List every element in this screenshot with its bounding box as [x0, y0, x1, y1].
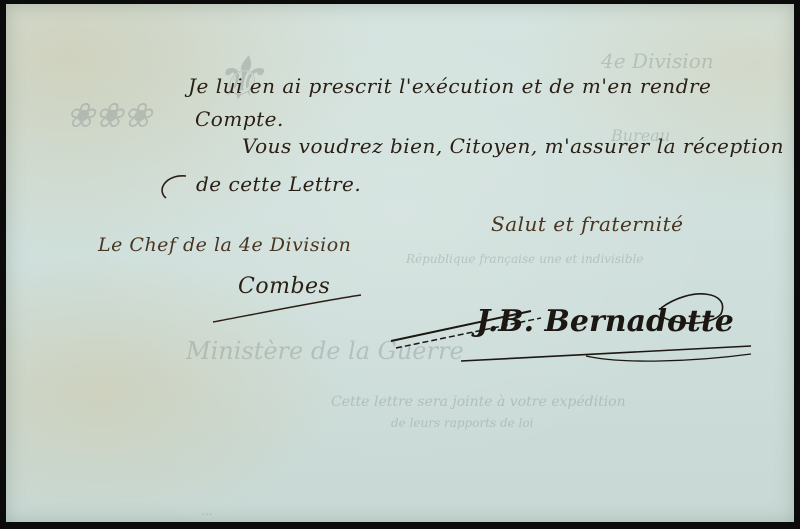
body-line-2: Compte. — [195, 107, 284, 131]
body-line-4: de cette Lettre. — [196, 172, 361, 196]
faint-footer-line-2: de leurs rapports de loi — [391, 416, 533, 430]
body-line-1: Je lui en ai prescrit l'exécution et de … — [188, 74, 711, 98]
closing-salutation: Salut et fraternité — [491, 212, 684, 236]
flourish-left — [156, 172, 196, 202]
image-frame: ❀❀❀ ⚜ 4e Division Bureau République fran… — [0, 0, 800, 529]
faint-republic-label: République française une et indivisible — [406, 252, 644, 266]
name-underline-flourish — [211, 289, 371, 329]
faint-division-label: 4e Division — [601, 49, 714, 73]
body-line-3: Vous voudrez bien, Citoyen, m'assurer la… — [242, 134, 784, 158]
faint-footer-line-3: ... — [201, 504, 212, 518]
signature: J.B. Bernadotte — [476, 304, 734, 339]
faint-footer-line-1: Cette lettre sera jointe à votre expédit… — [331, 394, 626, 410]
division-chief-title: Le Chef de la 4e Division — [98, 234, 351, 256]
faint-letterhead-emblem: ❀❀❀ — [66, 96, 151, 136]
letter-paper: ❀❀❀ ⚜ 4e Division Bureau République fran… — [6, 4, 794, 522]
